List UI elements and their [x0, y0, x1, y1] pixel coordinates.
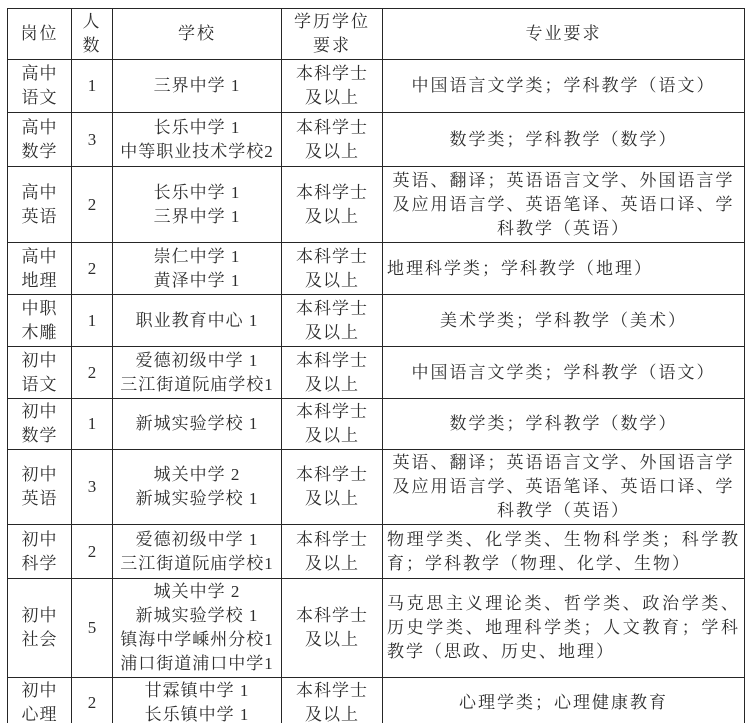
table-row: 高中 英语2长乐中学 1 三界中学 1本科学士 及以上英语、翻译；英语语言文学、… [8, 167, 745, 243]
column-header-degree: 学历学位 要求 [282, 9, 383, 60]
cell-schools: 爱德初级中学 1 三江街道阮庙学校1 [113, 347, 282, 399]
cell-count: 2 [72, 347, 113, 399]
cell-count: 1 [72, 399, 113, 450]
cell-position: 高中 地理 [8, 243, 72, 295]
cell-schools: 新城实验学校 1 [113, 399, 282, 450]
cell-schools: 爱德初级中学 1 三江街道阮庙学校1 [113, 525, 282, 579]
cell-position: 高中 数学 [8, 113, 72, 167]
cell-position: 初中 社会 [8, 579, 72, 678]
cell-majors: 数学类；学科教学（数学） [383, 399, 745, 450]
cell-count: 5 [72, 579, 113, 678]
cell-count: 3 [72, 113, 113, 167]
cell-majors: 地理科学类；学科教学（地理） [383, 243, 745, 295]
cell-schools: 长乐中学 1 三界中学 1 [113, 167, 282, 243]
cell-position: 初中 英语 [8, 450, 72, 525]
cell-majors: 美术学类；学科教学（美术） [383, 295, 745, 347]
cell-degree: 本科学士 及以上 [282, 525, 383, 579]
cell-majors: 中国语言文学类；学科教学（语文） [383, 60, 745, 113]
cell-majors: 中国语言文学类；学科教学（语文） [383, 347, 745, 399]
cell-majors: 马克思主义理论类、哲学类、政治学类、历史学类、地理科学类；人文教育；学科教学（思… [383, 579, 745, 678]
cell-position: 初中 科学 [8, 525, 72, 579]
cell-degree: 本科学士 及以上 [282, 113, 383, 167]
cell-majors: 英语、翻译；英语语言文学、外国语言学及应用语言学、英语笔译、英语口译、学科教学（… [383, 167, 745, 243]
cell-degree: 本科学士 及以上 [282, 243, 383, 295]
cell-count: 1 [72, 295, 113, 347]
recruitment-table-container: 岗位人 数学校学历学位 要求专业要求 高中 语文1三界中学 1本科学士 及以上中… [7, 8, 744, 723]
table-row: 高中 数学3长乐中学 1 中等职业技术学校2本科学士 及以上数学类；学科教学（数… [8, 113, 745, 167]
table-body: 高中 语文1三界中学 1本科学士 及以上中国语言文学类；学科教学（语文）高中 数… [8, 60, 745, 723]
cell-schools: 城关中学 2 新城实验学校 1 镇海中学嵊州分校1 浦口街道浦口中学1 [113, 579, 282, 678]
cell-schools: 三界中学 1 [113, 60, 282, 113]
table-header: 岗位人 数学校学历学位 要求专业要求 [8, 9, 745, 60]
table-row: 高中 语文1三界中学 1本科学士 及以上中国语言文学类；学科教学（语文） [8, 60, 745, 113]
column-header-schools: 学校 [113, 9, 282, 60]
column-header-count: 人 数 [72, 9, 113, 60]
cell-degree: 本科学士 及以上 [282, 167, 383, 243]
column-header-position: 岗位 [8, 9, 72, 60]
table-row: 初中 科学2爱德初级中学 1 三江街道阮庙学校1本科学士 及以上物理学类、化学类… [8, 525, 745, 579]
cell-count: 2 [72, 243, 113, 295]
cell-degree: 本科学士 及以上 [282, 347, 383, 399]
table-row: 中职 木雕1职业教育中心 1本科学士 及以上美术学类；学科教学（美术） [8, 295, 745, 347]
column-header-majors: 专业要求 [383, 9, 745, 60]
table-row: 初中 数学1新城实验学校 1本科学士 及以上数学类；学科教学（数学） [8, 399, 745, 450]
cell-degree: 本科学士 及以上 [282, 450, 383, 525]
cell-schools: 甘霖镇中学 1 长乐镇中学 1 [113, 678, 282, 723]
cell-majors: 数学类；学科教学（数学） [383, 113, 745, 167]
table-row: 初中 语文2爱德初级中学 1 三江街道阮庙学校1本科学士 及以上中国语言文学类；… [8, 347, 745, 399]
cell-count: 2 [72, 167, 113, 243]
cell-position: 初中 语文 [8, 347, 72, 399]
cell-majors: 心理学类；心理健康教育 [383, 678, 745, 723]
cell-degree: 本科学士 及以上 [282, 678, 383, 723]
cell-schools: 职业教育中心 1 [113, 295, 282, 347]
cell-schools: 城关中学 2 新城实验学校 1 [113, 450, 282, 525]
cell-schools: 崇仁中学 1 黄泽中学 1 [113, 243, 282, 295]
cell-position: 初中 数学 [8, 399, 72, 450]
cell-degree: 本科学士 及以上 [282, 60, 383, 113]
cell-position: 中职 木雕 [8, 295, 72, 347]
table-row: 高中 地理2崇仁中学 1 黄泽中学 1本科学士 及以上地理科学类；学科教学（地理… [8, 243, 745, 295]
recruitment-table: 岗位人 数学校学历学位 要求专业要求 高中 语文1三界中学 1本科学士 及以上中… [7, 8, 745, 723]
cell-degree: 本科学士 及以上 [282, 295, 383, 347]
cell-degree: 本科学士 及以上 [282, 579, 383, 678]
cell-count: 2 [72, 525, 113, 579]
table-row: 初中 英语3城关中学 2 新城实验学校 1本科学士 及以上英语、翻译；英语语言文… [8, 450, 745, 525]
header-row: 岗位人 数学校学历学位 要求专业要求 [8, 9, 745, 60]
table-row: 初中 社会5城关中学 2 新城实验学校 1 镇海中学嵊州分校1 浦口街道浦口中学… [8, 579, 745, 678]
cell-position: 初中 心理 [8, 678, 72, 723]
cell-majors: 物理学类、化学类、生物科学类；科学教育；学科教学（物理、化学、生物） [383, 525, 745, 579]
cell-count: 2 [72, 678, 113, 723]
table-row: 初中 心理2甘霖镇中学 1 长乐镇中学 1本科学士 及以上心理学类；心理健康教育 [8, 678, 745, 723]
cell-majors: 英语、翻译；英语语言文学、外国语言学及应用语言学、英语笔译、英语口译、学科教学（… [383, 450, 745, 525]
cell-degree: 本科学士 及以上 [282, 399, 383, 450]
cell-position: 高中 语文 [8, 60, 72, 113]
cell-position: 高中 英语 [8, 167, 72, 243]
cell-schools: 长乐中学 1 中等职业技术学校2 [113, 113, 282, 167]
cell-count: 1 [72, 60, 113, 113]
cell-count: 3 [72, 450, 113, 525]
